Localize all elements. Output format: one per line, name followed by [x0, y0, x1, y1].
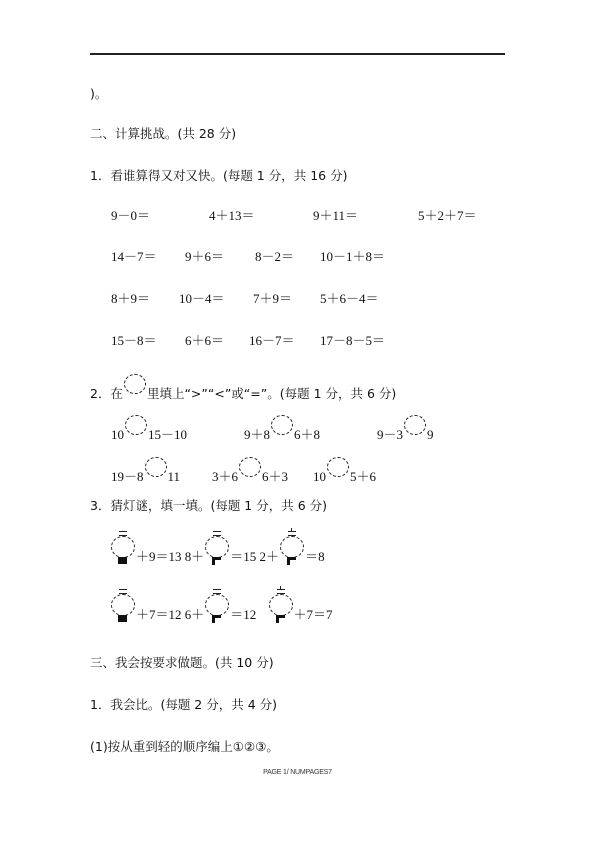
answer-circle[interactable]: [239, 457, 261, 477]
q3-prefix: 6＋: [185, 607, 205, 622]
q2-right: 11: [168, 469, 181, 484]
q1-item: 17－8－5＝: [320, 333, 385, 349]
section3-title: 三、我会按要求做题。(共 10 分): [90, 655, 274, 671]
s3-q1-title: 1．我会比。(每题 2 分，共 4 分): [90, 697, 277, 713]
answer-circle[interactable]: [271, 415, 293, 435]
s3-q1-sub1: (1)按从重到轻的顺序编上①②③。: [90, 739, 279, 755]
section2-title: 二、计算挑战。(共 28 分): [90, 126, 236, 142]
q1-item: 6＋6＝: [185, 333, 224, 349]
q2-title-suffix: 里填上“>”“<”或“=”。(每题 1 分，共 6 分): [147, 386, 396, 401]
q1-item: 14－7＝: [111, 249, 157, 265]
answer-circle[interactable]: [404, 415, 426, 435]
circle-icon: [124, 374, 146, 394]
q2-right: 6＋3: [262, 469, 288, 484]
q1-item: 5＋6－4＝: [320, 291, 379, 307]
q2-right: 6＋8: [294, 427, 320, 442]
q2-item: 9＋86＋8: [244, 415, 320, 443]
lantern-icon[interactable]: [110, 531, 136, 565]
q1-item: 10－1＋8＝: [320, 249, 385, 265]
q1-title: 1．看谁算得又对又快。(每题 1 分，共 16 分): [90, 168, 347, 184]
q2-left: 3＋6: [212, 469, 238, 484]
answer-circle[interactable]: [125, 415, 147, 435]
q2-left: 9－3: [377, 427, 403, 442]
lantern-icon[interactable]: [204, 531, 230, 565]
q1-item: 9＋6＝: [185, 249, 224, 265]
q2-right: 5＋6: [350, 469, 376, 484]
q2-item: 19－811: [111, 457, 180, 485]
q1-item: 4＋13＝: [209, 208, 255, 224]
q3-suffix: ＝15: [230, 549, 256, 564]
q1-item: 15－8＝: [111, 333, 157, 349]
lantern-icon[interactable]: [204, 589, 230, 623]
q2-item: 9－39: [377, 415, 434, 443]
continuation-text: )。: [90, 86, 107, 102]
q3-suffix: ＋9＝13: [136, 549, 182, 564]
q1-item: 8－2＝: [255, 249, 294, 265]
q2-title-prefix: 2．在: [90, 386, 123, 401]
page-footer: PAGE 1/ NUMPAGES7: [0, 769, 595, 776]
q2-right: 15－10: [148, 427, 187, 442]
q1-item: 5＋2＋7＝: [418, 208, 477, 224]
q3-prefix: 8＋: [185, 549, 205, 564]
q3-suffix: ＝12: [230, 607, 256, 622]
lantern-icon[interactable]: [268, 589, 294, 623]
q2-left: 19－8: [111, 469, 144, 484]
q1-item: 10－4＝: [179, 291, 225, 307]
q2-item: 1015－10: [111, 415, 187, 443]
q2-title: 2．在里填上“>”“<”或“=”。(每题 1 分，共 6 分): [90, 374, 396, 402]
answer-circle[interactable]: [145, 457, 167, 477]
q2-item: 105＋6: [313, 457, 376, 485]
q1-item: 16－7＝: [249, 333, 295, 349]
q1-item: 8＋9＝: [111, 291, 150, 307]
q2-left: 10: [313, 469, 326, 484]
lantern-icon[interactable]: [110, 589, 136, 623]
q3-prefix: 2＋: [260, 549, 280, 564]
q3-suffix: ＋7＝12: [136, 607, 182, 622]
q3-suffix: ＋7＝7: [294, 607, 333, 622]
q2-left: 10: [111, 427, 124, 442]
answer-circle[interactable]: [327, 457, 349, 477]
header-rule: [90, 53, 505, 55]
q2-right: 9: [427, 427, 434, 442]
q3-row-2: ＋7＝12 6＋＝12 ＋7＝7: [110, 589, 333, 623]
q1-item: 9＋11＝: [313, 208, 358, 224]
q2-left: 9＋8: [244, 427, 270, 442]
lantern-icon[interactable]: [279, 531, 305, 565]
q2-item: 3＋66＋3: [212, 457, 288, 485]
q3-row-1: ＋9＝13 8＋＝15 2＋＝8: [110, 531, 325, 565]
q3-title: 3．猜灯谜，填一填。(每题 1 分，共 6 分): [90, 498, 327, 514]
q3-suffix: ＝8: [305, 549, 325, 564]
q1-item: 9－0＝: [111, 208, 150, 224]
q1-item: 7＋9＝: [253, 291, 292, 307]
